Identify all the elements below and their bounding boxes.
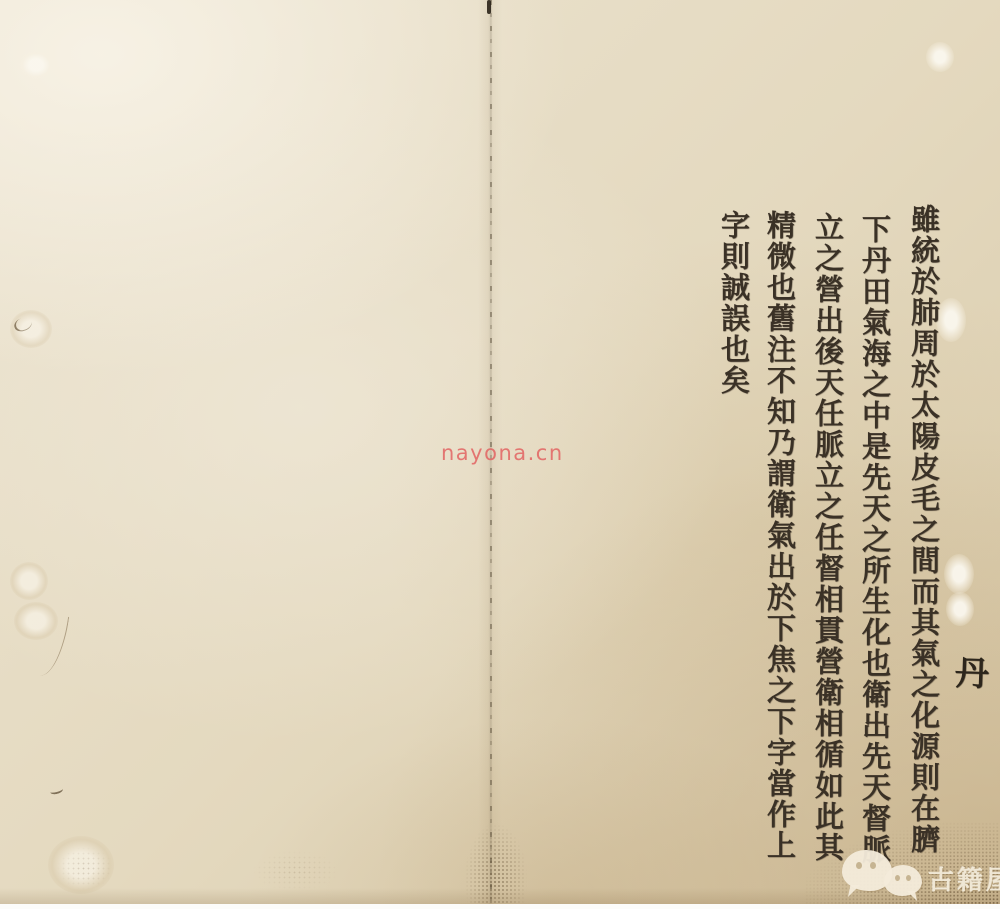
paper-stain (18, 50, 54, 80)
publisher-watermark: 古籍屋 (840, 848, 1000, 904)
publisher-watermark-text: 古籍屋 (928, 860, 1000, 897)
paper-stain (926, 42, 954, 72)
site-watermark-text: nayona.cn (441, 441, 564, 465)
text-column-2: 下丹田氣海之中是先天之所生化也衛出先天督脈 (852, 214, 898, 865)
bubble-eye (895, 875, 900, 881)
bubble-eye (906, 875, 911, 881)
paper-speckles (252, 850, 340, 892)
paper-stain (10, 562, 48, 600)
chat-bubble-small (884, 865, 922, 896)
scan-edge-strip (0, 904, 1000, 909)
bubble-eye (856, 862, 862, 869)
text-column-1: 雖統於肺周於太陽皮毛之間而其氣之化源則在臍 (901, 204, 947, 855)
paper-stain (944, 554, 974, 594)
paper-speckles (56, 846, 114, 890)
paper-stain (946, 592, 974, 626)
margin-mark: 丹 (954, 645, 990, 695)
text-column-5: 字則誠誤也矣 (711, 210, 757, 396)
bubble-eye (870, 862, 876, 869)
manuscript-scan-page: 雖統於肺周於太陽皮毛之間而其氣之化源則在臍 下丹田氣海之中是先天之所生化也衛出先… (0, 0, 1000, 909)
fold-top-mark (487, 0, 491, 14)
text-column-4: 精微也舊注不知乃謂衛氣出於下焦之下字當作上 (757, 210, 803, 861)
text-column-3: 立之營出後天任脈立之任督相貫營衛相循如此其 (805, 212, 851, 863)
wechat-icon (840, 850, 926, 900)
